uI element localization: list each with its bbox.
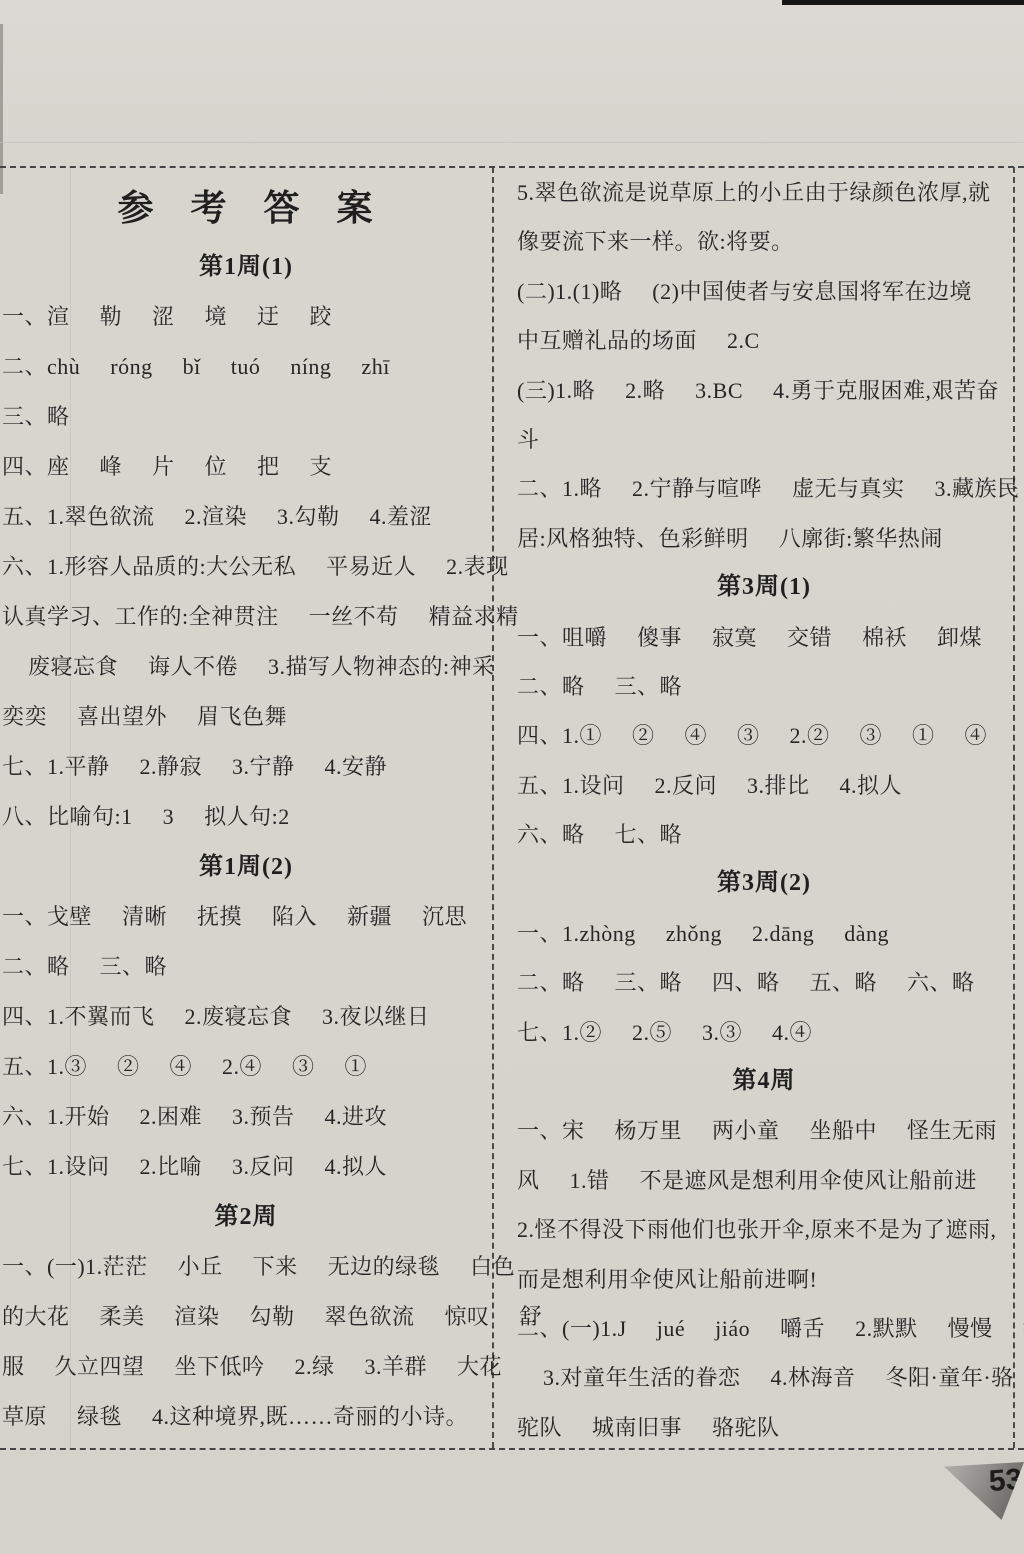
answer-line: 一、宋 杨万里 两小童 坐船中 怪生无雨 使 (517, 1106, 1011, 1155)
answer-line: 四、1.① ② ④ ③ 2.② ③ ① ④ (517, 711, 1011, 760)
answer-line: 二、(一)1.J jué jiáo 嚼舌 2.默默 慢慢 缓缓 (517, 1304, 1011, 1353)
answer-line: 一、渲 勒 涩 境 迂 跤 (2, 292, 490, 342)
left-answer-list: 第1周(1)一、渲 勒 涩 境 迂 跤二、chù róng bǐ tuó nín… (2, 242, 490, 1442)
section-header: 第4周 (517, 1057, 1011, 1106)
answer-line: 奕奕 喜出望外 眉飞色舞 (2, 692, 490, 742)
answer-line: 斗 (517, 415, 1011, 464)
answer-line: 六、1.形容人品质的:大公无私 平易近人 2.表现 (2, 542, 490, 592)
answer-line: 废寝忘食 诲人不倦 3.描写人物神态的:神采 (2, 642, 490, 692)
answer-line: (三)1.略 2.略 3.BC 4.勇于克服困难,艰苦奋 (517, 366, 1011, 415)
section-header: 第2周 (2, 1192, 490, 1242)
answer-line: 七、1.设问 2.比喻 3.反问 4.拟人 (2, 1142, 490, 1192)
answer-line: 六、略 七、略 (517, 810, 1011, 859)
page-title: 参 考 答 案 (2, 168, 490, 242)
answer-line: 六、1.开始 2.困难 3.预告 4.进攻 (2, 1092, 490, 1142)
right-answer-list: 5.翠色欲流是说草原上的小丘由于绿颜色浓厚,就像要流下来一样。欲:将要。(二)1… (517, 168, 1011, 1452)
right-column: 5.翠色欲流是说草原上的小丘由于绿颜色浓厚,就像要流下来一样。欲:将要。(二)1… (497, 168, 1011, 1452)
answer-line: (二)1.(1)略 (2)中国使者与安息国将军在边境 (517, 267, 1011, 316)
answer-line: 2.怪不得没下雨他们也张开伞,原来不是为了遮雨, (517, 1205, 1011, 1254)
answer-line: 风 1.错 不是遮风是想利用伞使风让船前进 (517, 1156, 1011, 1205)
answer-line: 而是想利用伞使风让船前进啊! (517, 1255, 1011, 1304)
answer-line: 二、1.略 2.宁静与喧哗 虚无与真实 3.藏族民 (517, 464, 1011, 513)
answer-line: 五、1.设问 2.反问 3.排比 4.拟人 (517, 761, 1011, 810)
answer-line: 中互赠礼品的场面 2.C (517, 316, 1011, 365)
page-corner-marker: 53 (944, 1462, 1024, 1520)
answer-line: 驼队 城南旧事 骆驼队 (517, 1403, 1011, 1452)
answer-line: 居:风格独特、色彩鲜明 八廓街:繁华热闹 (517, 514, 1011, 563)
answer-line: 四、1.不翼而飞 2.废寝忘食 3.夜以继日 (2, 992, 490, 1042)
page-number: 53 (987, 1463, 1023, 1499)
answer-line: 一、戈壁 清晰 抚摸 陷入 新疆 沉思 (2, 892, 490, 942)
answer-line: 服 久立四望 坐下低吟 2.绿 3.羊群 大花 (2, 1342, 490, 1392)
answer-line: 五、1.③ ② ④ 2.④ ③ ① (2, 1042, 490, 1092)
answer-line: 二、略 三、略 (2, 942, 490, 992)
section-header: 第3周(2) (517, 859, 1011, 908)
section-header: 第1周(2) (2, 842, 490, 892)
answer-line: 四、座 峰 片 位 把 支 (2, 442, 490, 492)
dashed-border-right (1013, 167, 1015, 1448)
answer-line: 五、1.翠色欲流 2.渲染 3.勾勒 4.羞涩 (2, 492, 490, 542)
answer-line: 二、略 三、略 四、略 五、略 六、略 (517, 958, 1011, 1007)
answer-line: 一、(一)1.茫茫 小丘 下来 无边的绿毯 白色 (2, 1242, 490, 1292)
answer-line: 七、1.② 2.⑤ 3.③ 4.④ (517, 1008, 1011, 1057)
answer-line: 3.对童年生活的眷恋 4.林海音 冬阳·童年·骆 (517, 1353, 1011, 1402)
answer-line: 七、1.平静 2.静寂 3.宁静 4.安静 (2, 742, 490, 792)
section-header: 第1周(1) (2, 242, 490, 292)
answer-line: 的大花 柔美 渲染 勾勒 翠色欲流 惊叹 舒 (2, 1292, 490, 1342)
answer-line: 认真学习、工作的:全神贯注 一丝不苟 精益求精 (2, 592, 490, 642)
answer-line: 5.翠色欲流是说草原上的小丘由于绿颜色浓厚,就 (517, 168, 1011, 217)
answer-line: 像要流下来一样。欲:将要。 (517, 217, 1011, 266)
answer-line: 一、咀嚼 傻事 寂寞 交错 棉袄 卸煤 (517, 613, 1011, 662)
answer-line: 二、chù róng bǐ tuó níng zhī (2, 342, 490, 392)
scan-edge-bar (782, 0, 1024, 5)
answer-line: 一、1.zhòng zhǒng 2.dāng dàng (517, 909, 1011, 958)
bleed-through-rule (0, 142, 1024, 143)
left-column: 参 考 答 案 第1周(1)一、渲 勒 涩 境 迂 跤二、chù róng bǐ… (2, 168, 490, 1442)
answer-line: 草原 绿毯 4.这种境界,既……奇丽的小诗。 (2, 1392, 490, 1442)
answer-line: 八、比喻句:1 3 拟人句:2 (2, 792, 490, 842)
answer-line: 三、略 (2, 392, 490, 442)
section-header: 第3周(1) (517, 563, 1011, 612)
scanned-answer-page: 参 考 答 案 第1周(1)一、渲 勒 涩 境 迂 跤二、chù róng bǐ… (0, 0, 1024, 1554)
answer-line: 二、略 三、略 (517, 662, 1011, 711)
